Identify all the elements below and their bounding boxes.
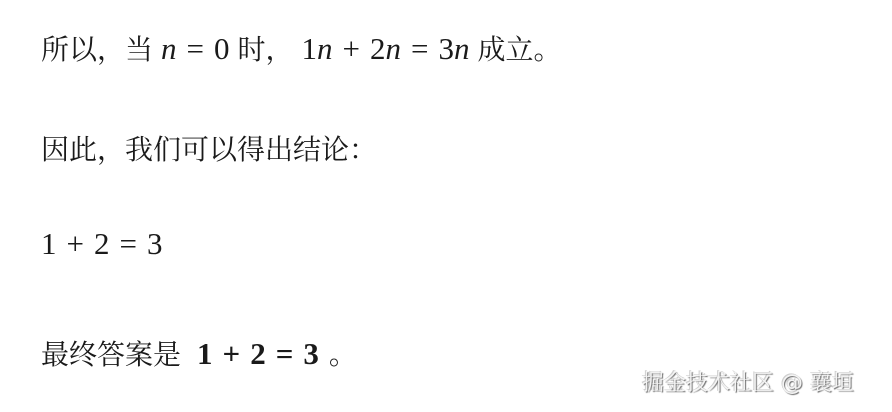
equation-n-equals-0: n=0 — [161, 29, 229, 69]
line-conclusion-n0: 所以，当 n=0 时， 1n+2n=3n 成立。 — [41, 29, 562, 70]
watermark: 掘金技术社区 @ 襄垣 — [642, 366, 854, 397]
final-answer-equation: 1+2=3 — [197, 334, 319, 374]
equation-1-plus-2-equals-3: 1+2=3 — [41, 224, 162, 264]
line-final-answer: 最终答案是 1+2=3 。 — [41, 334, 357, 375]
text-suffix: 。 — [329, 335, 357, 375]
text-prefix: 所以，当 — [41, 30, 153, 70]
equation-1n-plus-2n: 1n+2n=3n — [302, 29, 470, 69]
line-therefore: 因此，我们可以得出结论： — [41, 130, 377, 170]
text-mid: 时， — [238, 30, 294, 70]
text-suffix: 成立。 — [477, 30, 561, 70]
text-prefix: 最终答案是 — [41, 335, 181, 375]
